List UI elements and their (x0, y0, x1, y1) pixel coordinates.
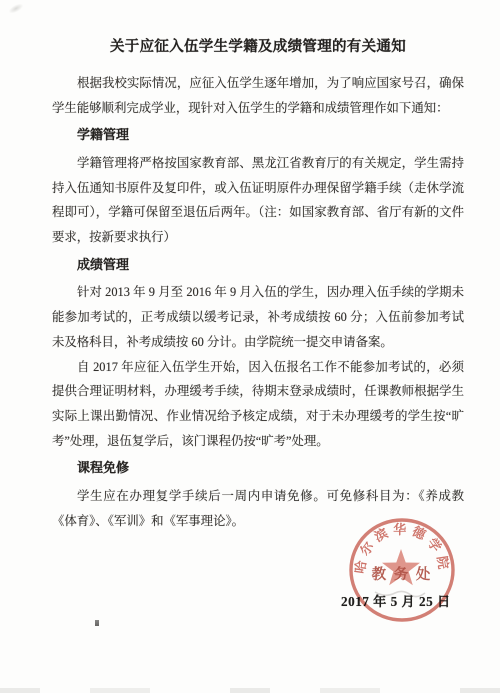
text-line: 持入伍通知书原件及复印件，或入伍证明原件办理保留学籍手续（走休学流 (52, 176, 464, 201)
text-line: 提供合理证明材料，办理缓考手续，待期末登录成绩时，任课教师根据学生 (52, 379, 464, 404)
text-line: 学生应在办理复学手续后一周内申请免修。可免修科目为：《养成教育》、 (52, 484, 464, 509)
seal-signature-smudge (375, 591, 425, 596)
text-line: 未及格科目，补考成绩按 60 分计。由学院统一提交申请备案。 (52, 330, 464, 355)
text-line: 学生能够顺利完成学业，现针对入伍学生的学籍和成绩管理作如下通知： (52, 96, 464, 121)
section-heading-exemption: 课程免修 (52, 456, 464, 481)
scanned-notice-page: 关于应征入伍学生学籍及成绩管理的有关通知 根据我校实际情况，应征入伍学生逐年增加… (0, 0, 500, 693)
seal-office-text: 教 务 处 (371, 565, 433, 583)
text-line: 针对 2013 年 9 月至 2016 年 9 月入伍的学生，因办理入伍手续的学… (52, 280, 464, 305)
text-line: 能参加考试的，正考成绩以缓考记录，补考成绩按 60 分；入伍前参加考试 (52, 305, 464, 330)
scan-artifact (95, 620, 99, 626)
grades-paragraph-1: 针对 2013 年 9 月至 2016 年 9 月入伍的学生，因办理入伍手续的学… (52, 280, 464, 354)
official-seal: 哈尔滨华德学院 教 务 处 (345, 514, 459, 628)
document-body: 关于应征入伍学生学籍及成绩管理的有关通知 根据我校实际情况，应征入伍学生逐年增加… (52, 36, 464, 533)
text-line: 学籍管理将严格按国家教育部、黑龙江省教育厅的有关规定，学生需持 (52, 151, 464, 176)
grades-paragraph-2: 自 2017 年应征入伍学生开始，因入伍报名工作不能参加考试的，必须 提供合理证… (52, 355, 464, 454)
text-line: 实际上课出勤情况、作业情况给予核定成绩，对于未办理缓考的学生按“旷 (52, 404, 464, 429)
scan-artifact (7, 2, 24, 16)
scan-artifact (0, 688, 500, 693)
intro-paragraph: 根据我校实际情况，应征入伍学生逐年增加，为了响应国家号召，确保 学生能够顺利完成… (52, 71, 464, 121)
text-line: 要求，按新要求执行） (52, 225, 464, 250)
text-line: 考”处理，退伍复学后，该门课程仍按“旷考”处理。 (52, 429, 464, 454)
section-heading-enrollment: 学籍管理 (52, 123, 464, 148)
text-line: 自 2017 年应征入伍学生开始，因入伍报名工作不能参加考试的，必须 (52, 355, 464, 380)
document-title: 关于应征入伍学生学籍及成绩管理的有关通知 (52, 36, 464, 58)
section-heading-grades: 成绩管理 (52, 253, 464, 278)
text-line: 程即可），学籍可保留至退伍后两年。（注：如国家教育部、省厅有新的文件 (52, 200, 464, 225)
enrollment-paragraph: 学籍管理将严格按国家教育部、黑龙江省教育厅的有关规定，学生需持 持入伍通知书原件… (52, 151, 464, 250)
text-line: 根据我校实际情况，应征入伍学生逐年增加，为了响应国家号召，确保 (52, 71, 464, 96)
